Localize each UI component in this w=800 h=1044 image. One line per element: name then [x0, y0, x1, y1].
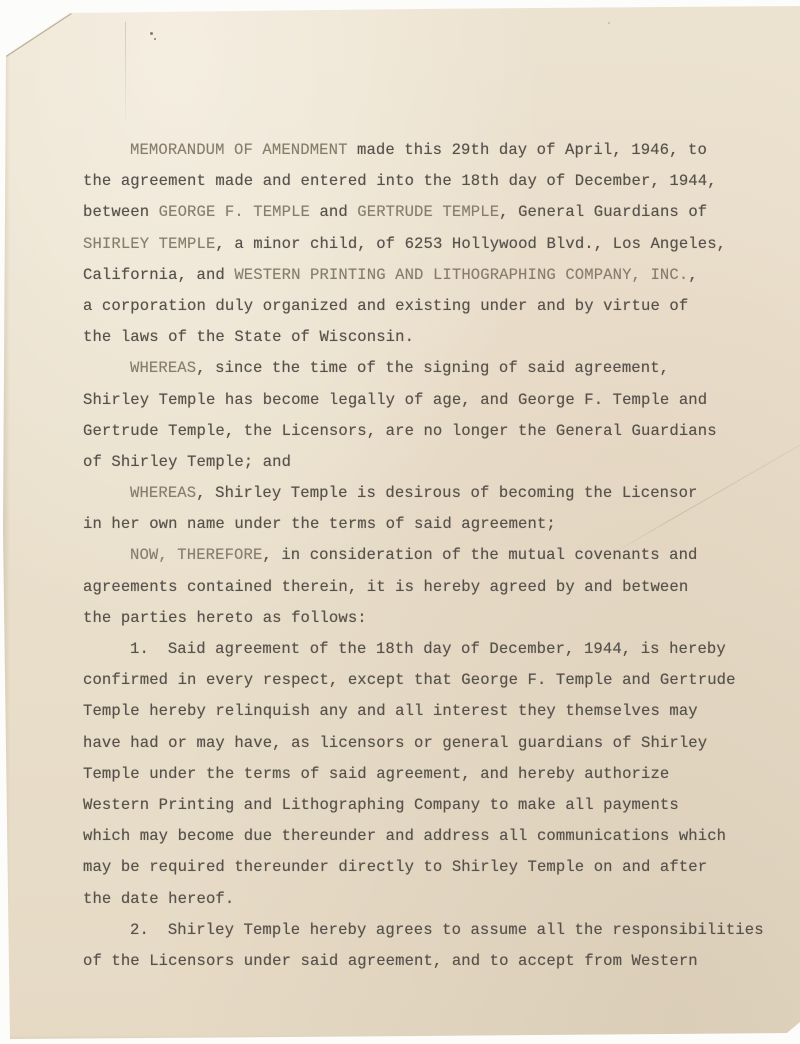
text-line: Temple hereby relinquish any and all int…: [83, 696, 773, 727]
fold-crease-line: [6, 13, 72, 57]
typed-text-faded: MEMORANDUM OF AMENDMENT: [130, 141, 348, 159]
text-line: 2. Shirley Temple hereby agrees to assum…: [83, 915, 773, 946]
typed-text-faded: GERTRUDE TEMPLE: [357, 203, 499, 221]
text-line: the parties hereto as follows:: [83, 603, 773, 634]
text-line: have had or may have, as licensors or ge…: [83, 728, 773, 759]
text-line: of Shirley Temple; and: [83, 447, 773, 478]
typed-text-faded: SHIRLEY TEMPLE: [83, 235, 215, 253]
document-page: MEMORANDUM OF AMENDMENT made this 29th d…: [0, 0, 800, 1044]
text-line: 1. Said agreement of the 18th day of Dec…: [83, 634, 773, 665]
typed-text: ,: [688, 266, 697, 284]
text-line: a corporation duly organized and existin…: [83, 291, 773, 322]
text-line: California, and WESTERN PRINTING AND LIT…: [83, 260, 773, 291]
text-line: may be required thereunder directly to S…: [83, 852, 773, 883]
text-line: the laws of the State of Wisconsin.: [83, 322, 773, 353]
text-line: MEMORANDUM OF AMENDMENT made this 29th d…: [83, 135, 773, 166]
text-line: agreements contained therein, it is here…: [83, 572, 773, 603]
text-line: WHEREAS, since the time of the signing o…: [83, 353, 773, 384]
paper-speck: [608, 22, 610, 24]
typed-text-faded: WHEREAS: [130, 359, 196, 377]
text-line: the date hereof.: [83, 884, 773, 915]
typed-text: confirmed in every respect, except that …: [83, 671, 736, 689]
typed-text: , in consideration of the mutual covenan…: [262, 546, 697, 564]
typed-text: Western Printing and Lithographing Compa…: [83, 796, 679, 814]
text-line: SHIRLEY TEMPLE, a minor child, of 6253 H…: [83, 229, 773, 260]
text-line: the agreement made and entered into the …: [83, 166, 773, 197]
typed-text-faded: WHEREAS: [130, 484, 196, 502]
scan-background: MEMORANDUM OF AMENDMENT made this 29th d…: [0, 0, 800, 1044]
typed-text: the agreement made and entered into the …: [83, 172, 717, 190]
typed-text: and: [310, 203, 357, 221]
typed-text: in her own name under the terms of said …: [83, 515, 556, 533]
typed-text: between: [83, 203, 159, 221]
typed-text: which may become due thereunder and addr…: [83, 827, 726, 845]
typed-text: Temple under the terms of said agreement…: [83, 765, 669, 783]
document-text: MEMORANDUM OF AMENDMENT made this 29th d…: [83, 135, 773, 977]
typed-text: , a minor child, of 6253 Hollywood Blvd.…: [215, 235, 726, 253]
text-line: between GEORGE F. TEMPLE and GERTRUDE TE…: [83, 197, 773, 228]
typed-text: the date hereof.: [83, 890, 234, 908]
typed-text-faded: NOW, THEREFORE: [130, 546, 262, 564]
typed-text: of the Licensors under said agreement, a…: [83, 952, 698, 970]
text-line: in her own name under the terms of said …: [83, 509, 773, 540]
text-line: WHEREAS, Shirley Temple is desirous of b…: [83, 478, 773, 509]
text-line: which may become due thereunder and addr…: [83, 821, 773, 852]
typed-text: may be required thereunder directly to S…: [83, 858, 707, 876]
typed-text-faded: GEORGE F. TEMPLE: [159, 203, 310, 221]
typed-text-faded: WESTERN PRINTING AND LITHOGRAPHING COMPA…: [234, 266, 688, 284]
text-line: confirmed in every respect, except that …: [83, 665, 773, 696]
typed-text: Temple hereby relinquish any and all int…: [83, 702, 698, 720]
typed-text: , General Guardians of: [499, 203, 707, 221]
typed-text: Shirley Temple has become legally of age…: [83, 391, 707, 409]
text-line: Temple under the terms of said agreement…: [83, 759, 773, 790]
typed-text: California, and: [83, 266, 234, 284]
typed-text: the parties hereto as follows:: [83, 609, 367, 627]
typed-text: have had or may have, as licensors or ge…: [83, 734, 707, 752]
typed-text: 1. Said agreement of the 18th day of Dec…: [130, 640, 726, 658]
typed-text: a corporation duly organized and existin…: [83, 297, 688, 315]
typed-text: 2. Shirley Temple hereby agrees to assum…: [130, 921, 764, 939]
text-line: Gertrude Temple, the Licensors, are no l…: [83, 416, 773, 447]
text-line: of the Licensors under said agreement, a…: [83, 946, 773, 977]
paper-speck: [154, 38, 156, 40]
text-line: Shirley Temple has become legally of age…: [83, 385, 773, 416]
typed-text: Gertrude Temple, the Licensors, are no l…: [83, 422, 717, 440]
typed-text: agreements contained therein, it is here…: [83, 578, 688, 596]
paper-speck: [150, 32, 153, 35]
text-line: Western Printing and Lithographing Compa…: [83, 790, 773, 821]
vertical-crease: [125, 22, 126, 122]
typed-text: , since the time of the signing of said …: [196, 359, 669, 377]
typed-text: made this 29th day of April, 1946, to: [348, 141, 707, 159]
text-line: NOW, THEREFORE, in consideration of the …: [83, 540, 773, 571]
typed-text: of Shirley Temple; and: [83, 453, 291, 471]
typed-text: , Shirley Temple is desirous of becoming…: [196, 484, 697, 502]
typed-text: the laws of the State of Wisconsin.: [83, 328, 414, 346]
